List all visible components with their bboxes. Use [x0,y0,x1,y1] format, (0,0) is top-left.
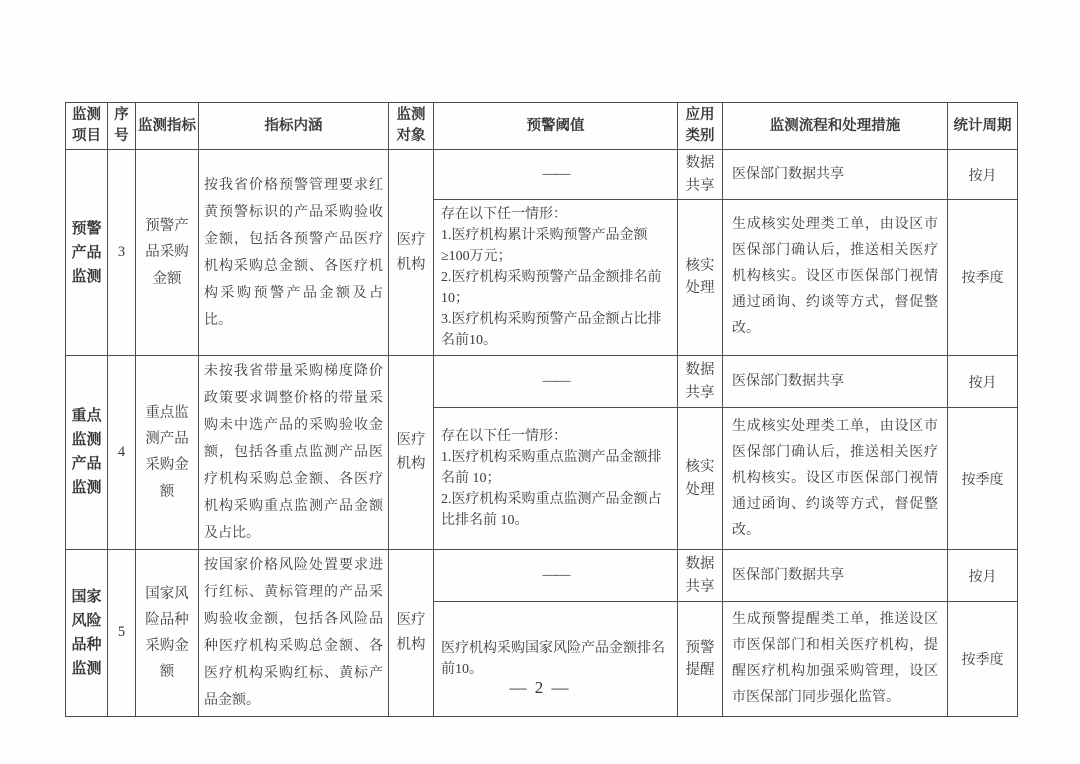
header-content: 指标内涵 [199,103,389,150]
header-period: 统计周期 [948,103,1018,150]
page-number: — 2 — [0,678,1080,698]
cell-project: 预警产品监测 [66,150,108,356]
cell-category: 预警提醒 [678,602,723,717]
cell-period: 按季度 [948,408,1018,550]
cell-threshold: 医疗机构采购国家风险产品金额排名前10。 [434,602,678,717]
cell-indicator: 重点监测产品采购金额 [136,355,199,549]
cell-process: 医保部门数据共享 [723,355,948,407]
table-row: 重点监测产品监测 4 重点监测产品采购金额 未按我省带量采购梯度降价政策要求调整… [66,355,1018,407]
header-indicator: 监测指标 [136,103,199,150]
cell-period: 按月 [948,549,1018,601]
cell-process: 生成核实处理类工单，由设区市医保部门确认后，推送相关医疗机构核实。设区市医保部门… [723,199,948,355]
cell-project: 重点监测产品监测 [66,355,108,549]
cell-indicator: 预警产品采购金额 [136,150,199,356]
header-target: 监测对象 [389,103,434,150]
cell-content: 按我省价格预警管理要求红黄预警标识的产品采购验收金额，包括各预警产品医疗机构采购… [199,150,389,356]
cell-period: 按月 [948,355,1018,407]
cell-period: 按季度 [948,602,1018,717]
document-page: 监测项目 序号 监测指标 指标内涵 监测对象 预警阈值 应用类别 监测流程和处理… [0,0,1080,764]
table-row: 预警产品监测 3 预警产品采购金额 按我省价格预警管理要求红黄预警标识的产品采购… [66,150,1018,200]
cell-process: 生成核实处理类工单，由设区市医保部门确认后，推送相关医疗机构核实。设区市医保部门… [723,408,948,550]
cell-threshold: —— [434,355,678,407]
cell-category: 数据共享 [678,150,723,200]
cell-target: 医疗机构 [389,355,434,549]
monitoring-indicators-table: 监测项目 序号 监测指标 指标内涵 监测对象 预警阈值 应用类别 监测流程和处理… [65,102,1018,717]
cell-target: 医疗机构 [389,150,434,356]
header-seq: 序号 [108,103,136,150]
table-header-row: 监测项目 序号 监测指标 指标内涵 监测对象 预警阈值 应用类别 监测流程和处理… [66,103,1018,150]
cell-period: 按季度 [948,199,1018,355]
header-process: 监测流程和处理措施 [723,103,948,150]
cell-process: 生成预警提醒类工单，推送设区市医保部门和相关医疗机构，提醒医疗机构加强采购管理，… [723,602,948,717]
cell-category: 核实处理 [678,199,723,355]
cell-threshold: —— [434,150,678,200]
cell-seq: 4 [108,355,136,549]
cell-category: 数据共享 [678,549,723,601]
cell-seq: 3 [108,150,136,356]
cell-category: 核实处理 [678,408,723,550]
cell-threshold: 存在以下任一情形： 1.医疗机构累计采购预警产品金额≥100万元； 2.医疗机构… [434,199,678,355]
cell-threshold: —— [434,549,678,601]
header-threshold: 预警阈值 [434,103,678,150]
cell-threshold: 存在以下任一情形： 1.医疗机构采购重点监测产品金额排名前 10； 2.医疗机构… [434,408,678,550]
header-project: 监测项目 [66,103,108,150]
cell-process: 医保部门数据共享 [723,150,948,200]
cell-content: 未按我省带量采购梯度降价政策要求调整价格的带量采购未中选产品的采购验收金额，包括… [199,355,389,549]
cell-process: 医保部门数据共享 [723,549,948,601]
header-category: 应用类别 [678,103,723,150]
table-row: 国家风险品种监测 5 国家风险品种采购金额 按国家价格风险处置要求进行红标、黄标… [66,549,1018,601]
cell-period: 按月 [948,150,1018,200]
cell-category: 数据共享 [678,355,723,407]
